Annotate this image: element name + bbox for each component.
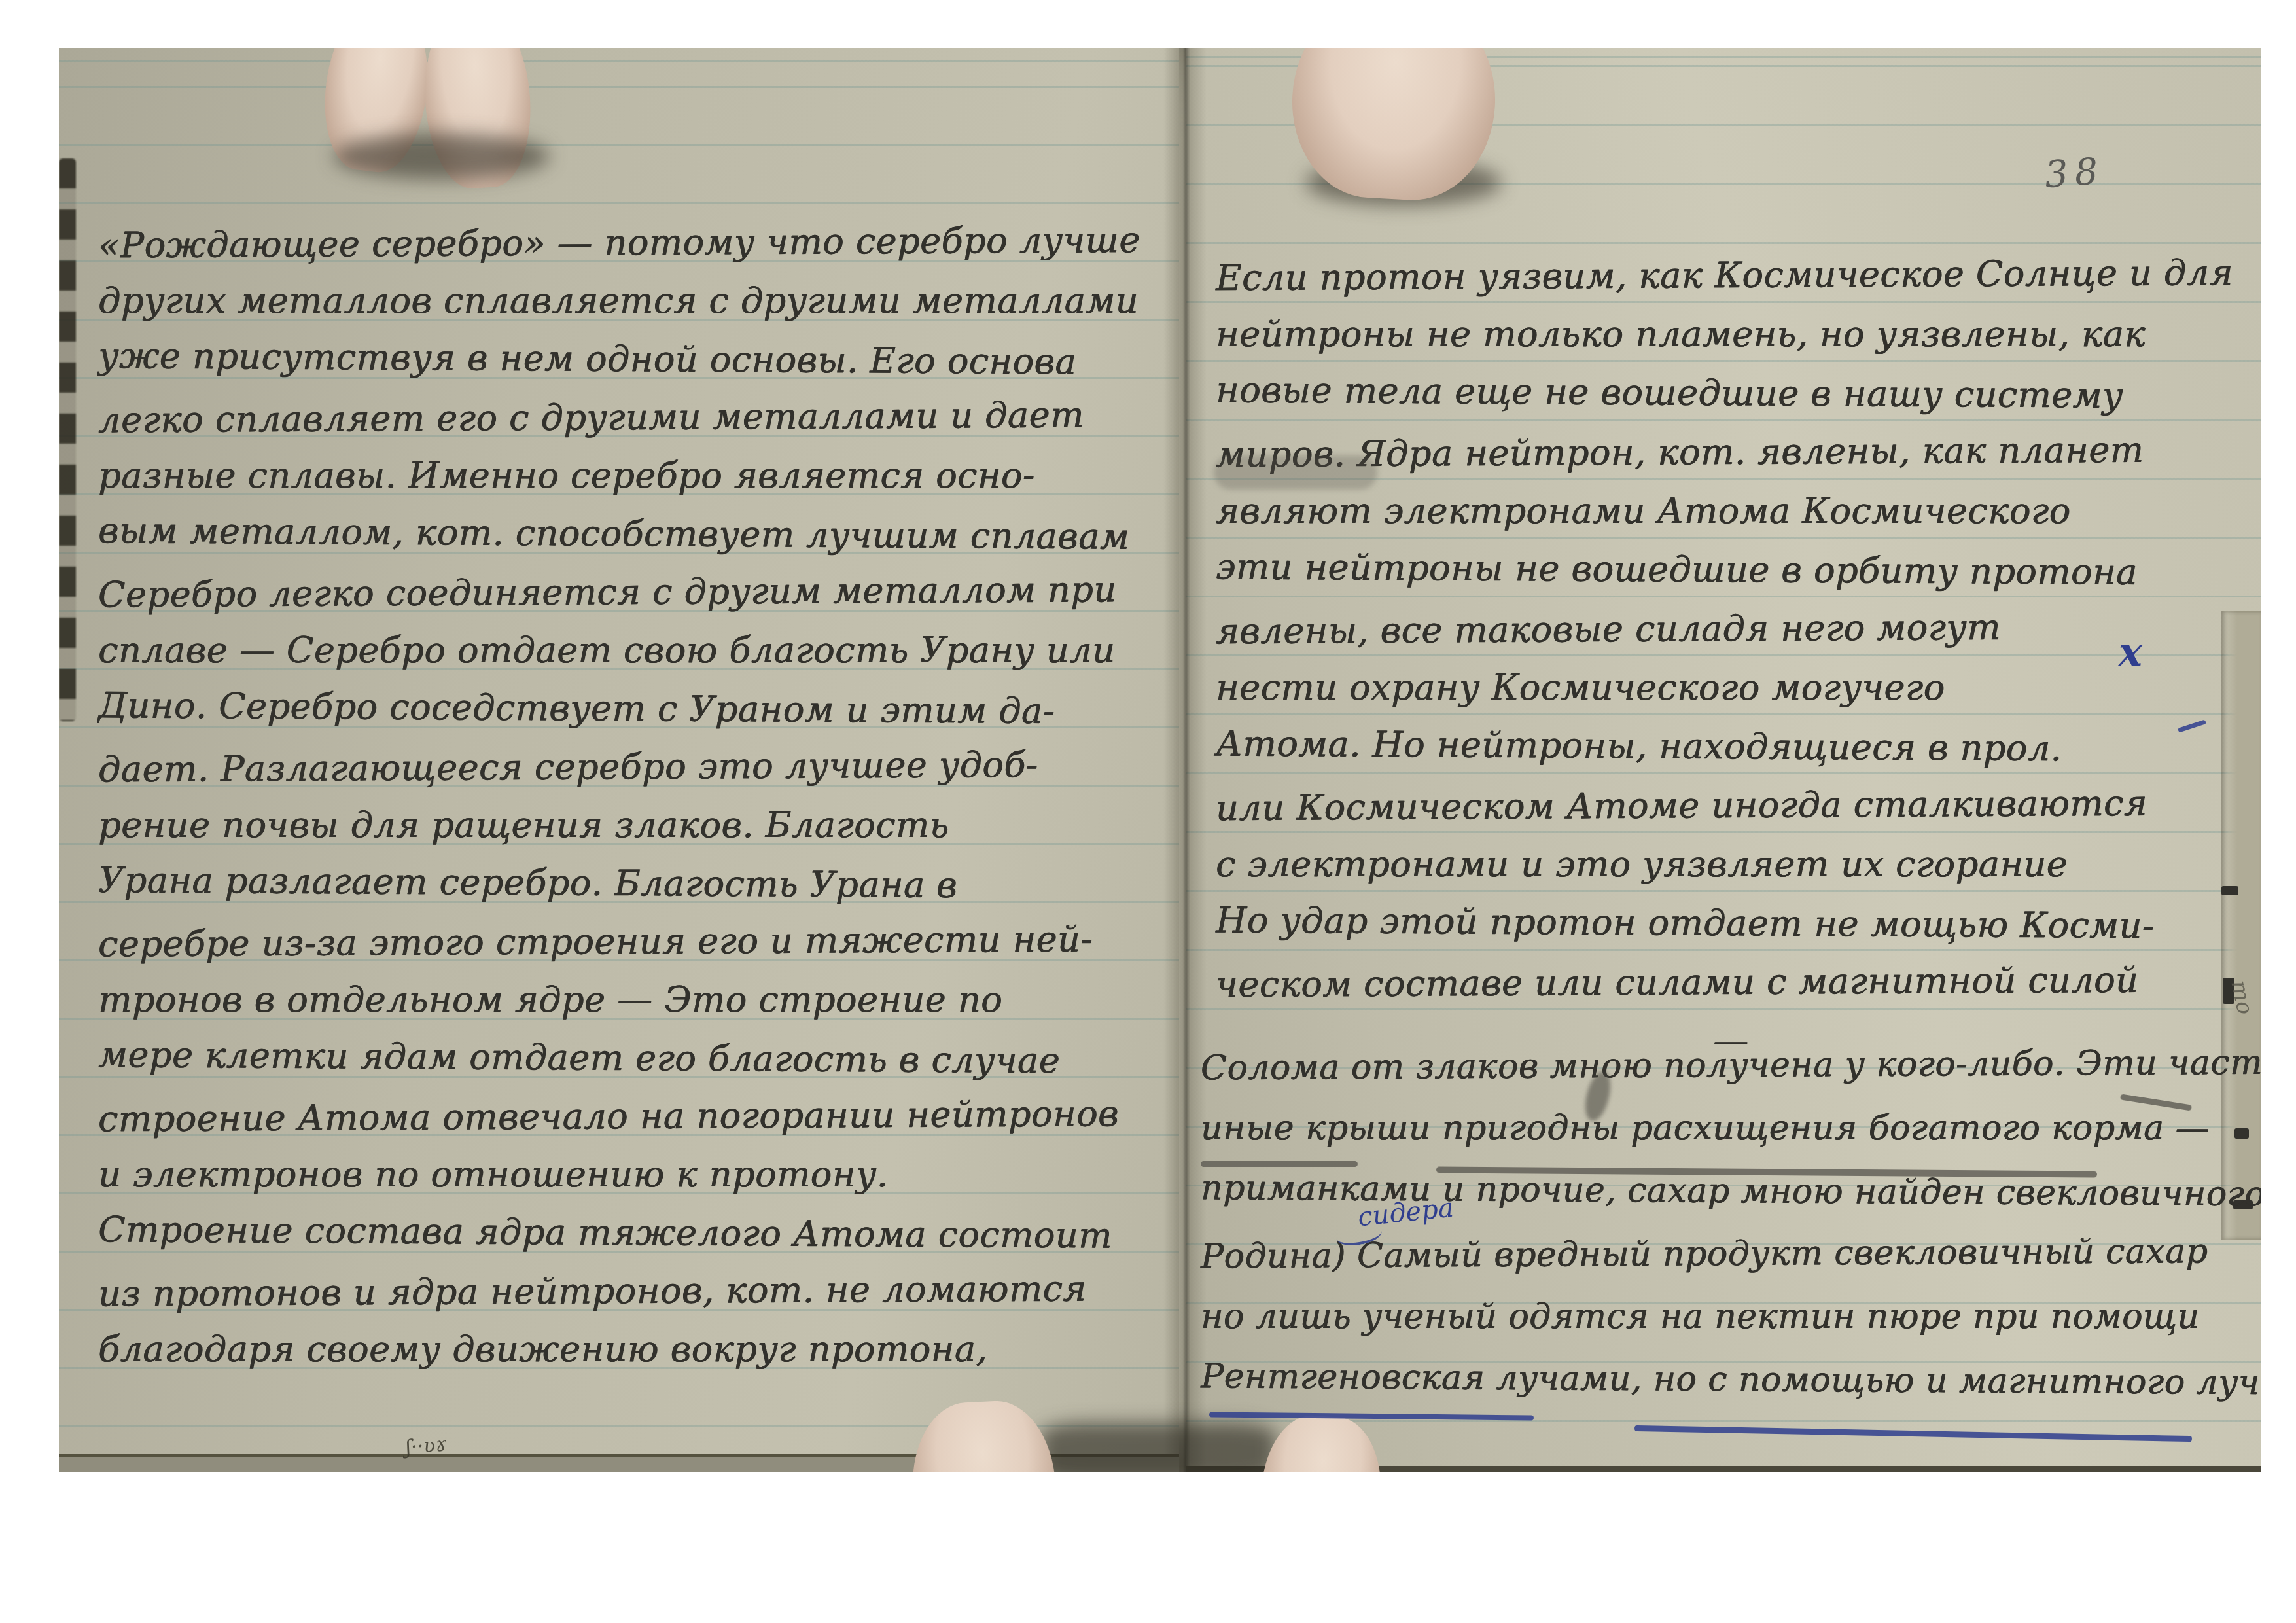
right-page-paragraph-2: Солома от злаков мною получена у кого-ли… bbox=[1201, 1034, 2241, 1411]
handwritten-line: уже присутствуя в нем одной основы. Его … bbox=[98, 327, 1165, 391]
pencil-overwrite bbox=[1214, 455, 1377, 490]
handwritten-line: дает. Разлагающееся серебро это лучшее у… bbox=[98, 735, 1165, 799]
handwritten-line: Если протон уязвим, как Космическое Солн… bbox=[1216, 243, 2236, 308]
handwritten-line: мере клетки ядам отдает его благость в с… bbox=[98, 1026, 1165, 1090]
handwritten-line: из протонов и ядра нейтронов, кот. не ло… bbox=[98, 1259, 1165, 1323]
handwritten-line: «Рождающее серебро» — потому что серебро… bbox=[98, 211, 1165, 275]
handwritten-line: Но удар этой протон отдает не мощью Косм… bbox=[1216, 891, 2237, 956]
handwritten-line: Строение состава ядра тяжелого Атома сос… bbox=[98, 1200, 1165, 1265]
handwritten-line: других металлов сплавляется с другими ме… bbox=[98, 272, 1165, 330]
left-page-text: «Рождающее серебро» — потому что серебро… bbox=[98, 213, 1165, 1378]
handwritten-line: явлены, все таковые силадя него могут bbox=[1216, 597, 2236, 661]
finger-shadow-bottom bbox=[1040, 1423, 1276, 1472]
handwritten-line: Серебро легко соединяется с другим метал… bbox=[98, 560, 1165, 624]
notebook-photo: то ʃ··ʋɤ 38 «Рождающее серебро» — потому… bbox=[59, 48, 2261, 1472]
handwritten-line: иные крыши пригодны расхищения богатого … bbox=[1201, 1097, 2241, 1160]
finger-shadow bbox=[334, 134, 550, 179]
handwritten-line: с электронами и это уязвляет их сгорание bbox=[1216, 835, 2236, 894]
right-page-paragraph-1: Если протон уязвим, как Космическое Солн… bbox=[1216, 246, 2236, 1071]
pencil-underline-left bbox=[1201, 1161, 1358, 1167]
handwritten-line: Солома от злаков мною получена у кого-ли… bbox=[1201, 1031, 2241, 1099]
handwritten-line: нейтроны не только пламень, но уязвлены,… bbox=[1216, 305, 2236, 364]
handwritten-line: ческом составе или силами с магнитной си… bbox=[1216, 950, 2236, 1014]
handwritten-line: вым металлом, кот. способствует лучшим с… bbox=[98, 501, 1165, 566]
handwritten-line: эти нейтроны не вошедшие в орбиту протон… bbox=[1216, 537, 2237, 603]
handwritten-line: сплаве — Серебро отдает свою благость Ур… bbox=[98, 621, 1165, 679]
handwritten-line: нести охрану Космического могучего bbox=[1216, 658, 2236, 717]
handwritten-line: и электронов по отношению к протону. bbox=[98, 1145, 1165, 1204]
handwritten-line: строение Атома отвечало на погорании ней… bbox=[98, 1084, 1165, 1149]
handwritten-line: но лишь ученый одятся на пектин пюре при… bbox=[1201, 1285, 2241, 1348]
handwritten-line: Дино. Серебро соседствует с Ураном и эти… bbox=[98, 676, 1165, 741]
handwritten-line: или Космическом Атоме иногда сталкиваютс… bbox=[1216, 774, 2236, 838]
handwritten-line: легко сплавляет его с другими металлами … bbox=[98, 385, 1165, 450]
bottom-edge-fragment: ʃ··ʋɤ bbox=[405, 1433, 448, 1459]
handwritten-line: новые тела еще не вошедшие в нашу систем… bbox=[1216, 361, 2237, 426]
handwritten-line: приманками и прочие, сахар мною найден с… bbox=[1201, 1156, 2242, 1226]
handwritten-line: являют электронами Атома Космического bbox=[1216, 482, 2236, 541]
torn-left-edge bbox=[59, 158, 76, 721]
handwritten-line: разные сплавы. Именно серебро является о… bbox=[98, 446, 1165, 505]
handwritten-line: благодаря своему движению вокруг протона… bbox=[98, 1320, 1165, 1378]
handwritten-line: серебре из-за этого строения его и тяжес… bbox=[98, 910, 1165, 974]
page-number: 38 bbox=[2043, 150, 2106, 196]
handwritten-line: Рентгеновская лучами, но с помощью и маг… bbox=[1201, 1345, 2242, 1414]
handwritten-line: тронов в отдельном ядре — Это строение п… bbox=[98, 971, 1165, 1029]
blue-correction-mark: х bbox=[2119, 630, 2142, 675]
handwritten-line: Атома. Но нейтроны, находящиеся в прол. bbox=[1216, 714, 2237, 779]
handwritten-line: Урана разлагает серебро. Благость Урана … bbox=[98, 851, 1165, 916]
handwritten-line: рение почвы для ращения злаков. Благость bbox=[98, 796, 1165, 854]
